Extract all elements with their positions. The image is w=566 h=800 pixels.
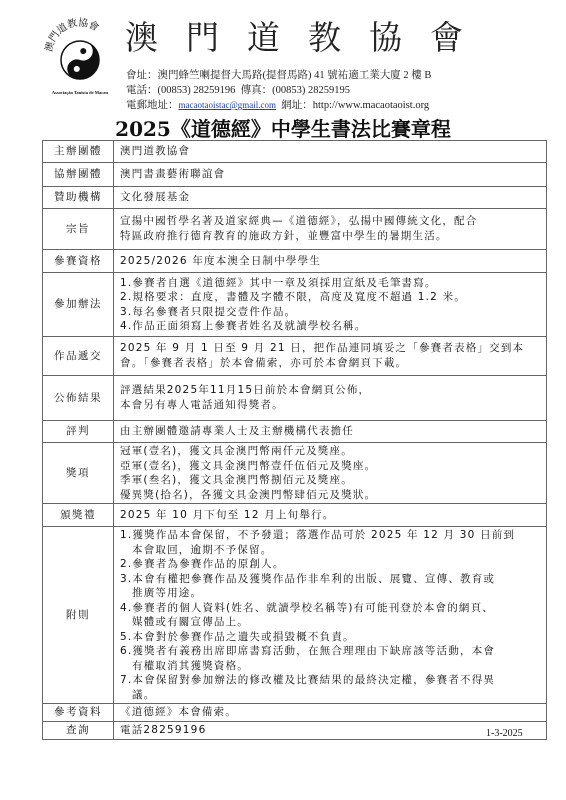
content-line: 1.獲獎作品本會保留，不予發還；落選作品可於 2025 年 12 月 30 日前… xyxy=(120,528,540,543)
content-line: 推廣等用途。 xyxy=(120,586,540,601)
content-line: 2.規格要求：直度，書體及字體不限，高度及寬度不超過 1.2 米。 xyxy=(120,290,540,305)
row-label: 協辦團體 xyxy=(43,163,114,187)
organization-name: 澳門道教協會 xyxy=(125,12,491,59)
content-line: 4.作品正面須寫上參賽者姓名及就讀學校名稱。 xyxy=(120,319,540,334)
content-line: 評選結果2025年11月15日前於本會網頁公佈， xyxy=(120,383,540,398)
row-label: 參賽資格 xyxy=(43,250,114,273)
content-line: 澳門道教協會 xyxy=(120,144,540,159)
table-row: 評判由主辦團體邀請專業人士及主辦機構代表擔任 xyxy=(43,421,547,443)
email-label: 電郵地址： xyxy=(126,100,179,111)
content-line: 由主辦團體邀請專業人士及主辦機構代表擔任 xyxy=(120,424,540,439)
document-date: 1-3-2025 xyxy=(486,728,523,739)
row-content: 2025/2026 年度本澳全日制中學學生 xyxy=(114,250,547,273)
table-row: 附則1.獲獎作品本會保留，不予發還；落選作品可於 2025 年 12 月 30 … xyxy=(43,527,547,704)
address-line: 會址：澳門蜂竺喇提督大馬路(提督馬路) 41 號祐適工業大廈 2 樓 B xyxy=(126,67,431,82)
content-line: 媒體或有關宣傳品上。 xyxy=(120,615,540,630)
row-label: 主辦團體 xyxy=(43,141,114,163)
content-line: 5.本會對於參賽作品之遺失或損毀概不負責。 xyxy=(120,630,540,645)
content-line: 宣揚中國哲學名著及道家經典—《道德經》，弘揚中國傳統文化，配合 xyxy=(120,214,540,229)
table-row: 作品遞交2025 年 9 月 1 日至 9 月 21 日，把作品連同填妥之「參賽… xyxy=(43,337,547,376)
content-line: 議。 xyxy=(120,688,540,703)
content-line: 電話28259196 xyxy=(120,723,540,738)
table-row: 主辦團體澳門道教協會 xyxy=(43,141,547,163)
contact-line: 電郵地址：macaotaoistac@gmail.com 網址：http://w… xyxy=(126,97,429,112)
content-line: 2025 年 9 月 1 日至 9 月 21 日，把作品連同填妥之「參賽者表格」… xyxy=(120,341,540,356)
row-label: 宗旨 xyxy=(43,209,114,250)
website-value: http://www.macaotaoist.org xyxy=(313,100,429,111)
table-row: 參考資料《道德經》本會備索。 xyxy=(43,704,547,722)
row-content: 澳門道教協會 xyxy=(114,141,547,163)
row-label: 作品遞交 xyxy=(43,337,114,376)
content-line: 2025 年 10 月下旬至 12 月上旬舉行。 xyxy=(120,508,540,523)
fax-value: (00853) 28259195 xyxy=(272,85,350,96)
content-line: 澳門書畫藝術聯誼會 xyxy=(120,167,540,182)
table-row: 公佈結果評選結果2025年11月15日前於本會網頁公佈，本會另有專人電話通知得獎… xyxy=(43,376,547,421)
content-line: 優異獎(拾名)，各獲文具金澳門幣肆佰元及獎狀。 xyxy=(120,488,540,503)
row-label: 贊助機構 xyxy=(43,187,114,209)
row-content: 1.參賽者自選《道德經》其中一章及須採用宣紙及毛筆書寫。2.規格要求：直度，書體… xyxy=(114,273,547,337)
content-line: 本會取回，逾期不予保留。 xyxy=(120,543,540,558)
content-line: 1.參賽者自選《道德經》其中一章及須採用宣紙及毛筆書寫。 xyxy=(120,276,540,291)
row-content: 宣揚中國哲學名著及道家經典—《道德經》，弘揚中國傳統文化，配合特區政府推行德育教… xyxy=(114,209,547,250)
row-content: 2025 年 9 月 1 日至 9 月 21 日，把作品連同填妥之「參賽者表格」… xyxy=(114,337,547,376)
table-row: 協辦團體澳門書畫藝術聯誼會 xyxy=(43,163,547,187)
content-line: 《道德經》本會備索。 xyxy=(120,705,540,720)
website-label: 網址： xyxy=(281,100,313,111)
content-line: 會。「參賽者表格」於本會備索，亦可於本會網頁下載。 xyxy=(120,356,540,371)
content-line: 2.參賽者為參賽作品的原創人。 xyxy=(120,557,540,572)
content-line: 季軍(叁名)，獲文具金澳門幣捌佰元及獎座。 xyxy=(120,473,540,488)
fax-label: 傳真： xyxy=(241,85,273,96)
address-value: 澳門蜂竺喇提督大馬路(提督馬路) 41 號祐適工業大廈 2 樓 B xyxy=(158,70,432,81)
table-row: 宗旨宣揚中國哲學名著及道家經典—《道德經》，弘揚中國傳統文化，配合特區政府推行德… xyxy=(43,209,547,250)
row-content: 文化發展基金 xyxy=(114,187,547,209)
row-label: 公佈結果 xyxy=(43,376,114,421)
content-line: 6.獲獎者有義務出席即席書寫活動，在無合理理由下缺席該等活動，本會 xyxy=(120,644,540,659)
email-link[interactable]: macaotaoistac@gmail.com xyxy=(179,100,277,110)
row-label: 參考資料 xyxy=(43,704,114,722)
row-content: 由主辦團體邀請專業人士及主辦機構代表擔任 xyxy=(114,421,547,443)
row-label: 附則 xyxy=(43,527,114,704)
row-content: 冠軍(壹名)，獲文具金澳門幣兩仟元及獎座。亞軍(壹名)，獲文具金澳門幣壹仟伍佰元… xyxy=(114,443,547,504)
table-row: 查詢電話28259196 xyxy=(43,722,547,740)
row-label: 查詢 xyxy=(43,722,114,740)
logo-caption: Associação Tauista de Macau xyxy=(40,90,120,95)
content-line: 3.每名參賽者只限提交壹件作品。 xyxy=(120,305,540,320)
row-content: 電話28259196 xyxy=(114,722,547,740)
letterhead: 澳門道教協會 Associação Tauista de Macau 澳門道教協… xyxy=(40,10,540,110)
content-line: 特區政府推行德育教育的施政方針，並豐富中學生的暑期生活。 xyxy=(120,229,540,244)
content-line: 2025/2026 年度本澳全日制中學學生 xyxy=(120,254,540,269)
row-content: 《道德經》本會備索。 xyxy=(114,704,547,722)
phone-label: 電話： xyxy=(126,85,158,96)
content-line: 4.參賽者的個人資料(姓名、就讀學校名稱等)有可能刊登於本會的網頁、 xyxy=(120,601,540,616)
row-content: 評選結果2025年11月15日前於本會網頁公佈，本會另有專人電話通知得獎者。 xyxy=(114,376,547,421)
phone-line: 電話：(00853) 28259196 傳真：(00853) 28259195 xyxy=(126,82,350,97)
content-line: 冠軍(壹名)，獲文具金澳門幣兩仟元及獎座。 xyxy=(120,444,540,459)
row-label: 參加辦法 xyxy=(43,273,114,337)
document-title: 2025《道德經》中學生書法比賽章程 xyxy=(0,113,566,142)
table-row: 參賽資格2025/2026 年度本澳全日制中學學生 xyxy=(43,250,547,273)
row-label: 評判 xyxy=(43,421,114,443)
table-row: 獎項冠軍(壹名)，獲文具金澳門幣兩仟元及獎座。亞軍(壹名)，獲文具金澳門幣壹仟伍… xyxy=(43,443,547,504)
content-line: 7.本會保留對參加辦法的修改權及比賽結果的最終決定權，參賽者不得異 xyxy=(120,673,540,688)
table-row: 贊助機構文化發展基金 xyxy=(43,187,547,209)
rules-table: 主辦團體澳門道教協會協辦團體澳門書畫藝術聯誼會贊助機構文化發展基金宗旨宣揚中國哲… xyxy=(42,140,547,740)
content-line: 有權取消其獲獎資格。 xyxy=(120,659,540,674)
table-row: 參加辦法1.參賽者自選《道德經》其中一章及須採用宣紙及毛筆書寫。2.規格要求：直… xyxy=(43,273,547,337)
row-label: 獎項 xyxy=(43,443,114,504)
row-content: 2025 年 10 月下旬至 12 月上旬舉行。 xyxy=(114,504,547,527)
association-logo: 澳門道教協會 Associação Tauista de Macau xyxy=(40,10,120,105)
yin-yang-icon: 澳門道教協會 xyxy=(40,10,120,90)
content-line: 本會另有專人電話通知得獎者。 xyxy=(120,398,540,413)
content-line: 文化發展基金 xyxy=(120,190,540,205)
content-line: 3.本會有權把參賽作品及獲獎作品作非牟利的出版、展覽、宣傳、教育或 xyxy=(120,572,540,587)
content-line: 亞軍(壹名)，獲文具金澳門幣壹仟伍佰元及獎座。 xyxy=(120,459,540,474)
table-row: 頒獎禮2025 年 10 月下旬至 12 月上旬舉行。 xyxy=(43,504,547,527)
row-content: 1.獲獎作品本會保留，不予發還；落選作品可於 2025 年 12 月 30 日前… xyxy=(114,527,547,704)
phone-value: (00853) 28259196 xyxy=(158,85,236,96)
row-label: 頒獎禮 xyxy=(43,504,114,527)
row-content: 澳門書畫藝術聯誼會 xyxy=(114,163,547,187)
address-label: 會址： xyxy=(126,70,158,81)
